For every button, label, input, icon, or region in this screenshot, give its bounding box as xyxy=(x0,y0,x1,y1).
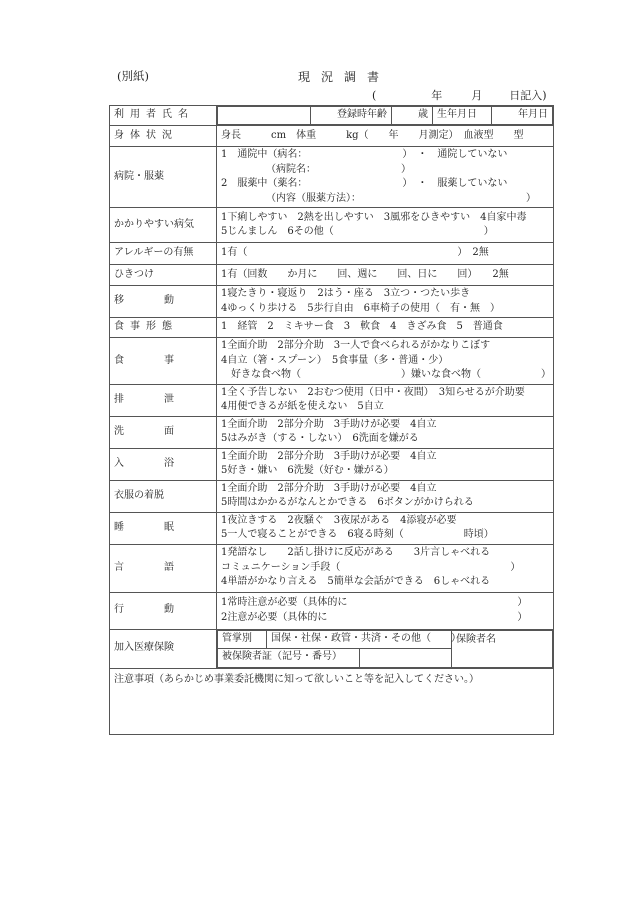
insurance-card-label: 被保険者証（記号・番号） xyxy=(218,648,360,667)
row-sleep: 睡 眠 1夜泣きする 2夜騒ぐ 3夜尿がある 4添寝が必要 5一人で寝ることがで… xyxy=(110,512,554,544)
birth-day: 日 xyxy=(538,108,548,123)
page-title: 現況調書 xyxy=(298,68,390,85)
hospital-line-2: （病院名： ） xyxy=(221,163,549,178)
insurance-type-options[interactable]: 国保・社保・政管・共済・その他（ ） xyxy=(267,630,452,648)
label-user-name: 利用者氏名 xyxy=(110,106,217,126)
row-physical: 身体状況 身長 cm 体重 kg（ 年 月測定） 血液型 型 xyxy=(110,126,554,147)
row-mobility: 移 動 1寝たきり・寝返り 2はう・座る 3立つ・つたい歩き 4ゆっくり歩ける … xyxy=(110,286,554,318)
birth-date-label: 生年月日 xyxy=(433,107,492,125)
hospital-line-3: 2 服薬中（薬名： ） ・ 服薬していない xyxy=(221,177,549,192)
label-mobility: 移 動 xyxy=(110,286,217,318)
behavior-line-2: 2注意が必要（具体的に ） xyxy=(221,611,549,626)
bathing-line-1: 1全面介助 2部分介助 3手助けが必要 4自立 xyxy=(221,450,549,465)
dressing-line-2: 5時間はかかるがなんとかできる 6ボタンがかけられる xyxy=(221,496,549,511)
behavior-field[interactable]: 1常時注意が必要（具体的に ） 2注意が必要（具体的に ） xyxy=(217,592,554,629)
attachment-label: (別紙) xyxy=(117,68,149,84)
illness-line-1: 1下痢しやすい 2熱を出しやすい 3風邪をひきやすい 4自家中毒 xyxy=(221,211,549,226)
hospital-field[interactable]: 1 通院中（病名： ） ・ 通院していない （病院名： ） 2 服薬中（薬名： … xyxy=(217,147,554,208)
row-seizure: ひきつけ 1有（回数 か月に 回、週に 回、日に 回） 2無 xyxy=(110,265,554,286)
language-line-1: 1発語なし 2話し掛けに反応がある 3片言しゃべれる xyxy=(221,546,549,561)
label-washing: 洗 面 xyxy=(110,416,217,448)
label-behavior: 行 動 xyxy=(110,592,217,629)
row-notes: 注意事項（あらかじめ事業委託機関に知って欲しいこと等を記入してください。） xyxy=(110,668,554,734)
label-excretion: 排 泄 xyxy=(110,384,217,416)
row-insurance: 加入医療保険 管掌別 国保・社保・政管・共済・その他（ ） 保険者名 被保険者証… xyxy=(110,629,554,668)
row-excretion: 排 泄 1全く予告しない 2おむつ使用（日中・夜間） 3知らせるが介助要 4用便… xyxy=(110,384,554,416)
illness-line-2: 5じんましん 6その他（ ） xyxy=(221,225,549,240)
row-bathing: 入 浴 1全面介助 2部分介助 3手助けが必要 4自立 5好き・嫌い 6洗髪（好… xyxy=(110,448,554,480)
reg-age-label: 登録時年齢 xyxy=(311,107,392,125)
meal-line-3: 好きな食べ物（ ）嫌いな食べ物（ ） xyxy=(221,368,549,383)
insurance-card-number-field[interactable] xyxy=(359,648,452,667)
washing-field[interactable]: 1全面介助 2部分介助 3手助けが必要 4自立 5はみがき（する・しない） 6洗… xyxy=(217,416,554,448)
label-insurance: 加入医療保険 xyxy=(110,629,217,668)
birth-year: 年 xyxy=(518,108,528,123)
hospital-line-1: 1 通院中（病名： ） ・ 通院していない xyxy=(221,148,549,163)
jurisdiction-label: 管掌別 xyxy=(218,630,267,648)
label-dressing: 衣服の着脱 xyxy=(110,480,217,512)
date-day-written-label: 日記入) xyxy=(509,87,546,103)
meal-form-field[interactable]: 1 経管 2 ミキサー食 3 軟食 4 きざみ食 5 普通食 xyxy=(217,318,554,338)
physical-field[interactable]: 身長 cm 体重 kg（ 年 月測定） 血液型 型 xyxy=(217,126,554,147)
illness-field[interactable]: 1下痢しやすい 2熱を出しやすい 3風邪をひきやすい 4自家中毒 5じんましん … xyxy=(217,208,554,243)
row-washing: 洗 面 1全面介助 2部分介助 3手助けが必要 4自立 5はみがき（する・しない… xyxy=(110,416,554,448)
seizure-field[interactable]: 1有（回数 か月に 回、週に 回、日に 回） 2無 xyxy=(217,265,554,286)
mobility-field[interactable]: 1寝たきり・寝返り 2はう・座る 3立つ・つたい歩き 4ゆっくり歩ける 5歩行自… xyxy=(217,286,554,318)
user-name-fields: 登録時年齢 歳 生年月日 年 月 日 xyxy=(217,106,553,125)
label-meal-form: 食事形態 xyxy=(110,318,217,338)
insurer-name-field[interactable]: 保険者名 xyxy=(452,630,553,667)
label-seizure: ひきつけ xyxy=(110,265,217,286)
mobility-line-2: 4ゆっくり歩ける 5歩行自由 6車椅子の使用（ 有・無 ） xyxy=(221,302,549,317)
mobility-line-1: 1寝たきり・寝返り 2はう・座る 3立つ・つたい歩き xyxy=(221,287,549,302)
birth-date-field[interactable]: 年 月 日 xyxy=(492,107,553,125)
hospital-line-4: （内容（服薬方法）： ） xyxy=(221,192,549,207)
row-meal-form: 食事形態 1 経管 2 ミキサー食 3 軟食 4 きざみ食 5 普通食 xyxy=(110,318,554,338)
allergy-field[interactable]: 1有（ ） 2無 xyxy=(217,243,554,265)
language-line-3: 4単語がかなり言える 5簡単な会話ができる 6しゃべれる xyxy=(221,575,549,590)
row-dressing: 衣服の着脱 1全面介助 2部分介助 3手助けが必要 4自立 5時間はかかるがなん… xyxy=(110,480,554,512)
excretion-field[interactable]: 1全く予告しない 2おむつ使用（日中・夜間） 3知らせるが介助要 4用便できるが… xyxy=(217,384,554,416)
date-year-label: 年 xyxy=(431,87,442,103)
label-allergy: アレルギーの有無 xyxy=(110,243,217,265)
row-meal: 食 事 1全面介助 2部分介助 3一人で食べられるがかなりこぼす 4自立（箸・ス… xyxy=(110,338,554,385)
label-hospital: 病院・服薬 xyxy=(110,147,217,208)
label-physical: 身体状況 xyxy=(110,126,217,147)
behavior-line-1: 1常時注意が必要（具体的に ） xyxy=(221,596,549,611)
row-language: 言 語 1発語なし 2話し掛けに反応がある 3片言しゃべれる コミュニケーション… xyxy=(110,544,554,592)
row-behavior: 行 動 1常時注意が必要（具体的に ） 2注意が必要（具体的に ） xyxy=(110,592,554,629)
label-bathing: 入 浴 xyxy=(110,448,217,480)
dressing-line-1: 1全面介助 2部分介助 3手助けが必要 4自立 xyxy=(221,482,549,497)
sleep-line-1: 1夜泣きする 2夜騒ぐ 3夜尿がある 4添寝が必要 xyxy=(221,514,549,529)
dressing-field[interactable]: 1全面介助 2部分介助 3手助けが必要 4自立 5時間はかかるがなんとかできる … xyxy=(217,480,554,512)
birth-month: 月 xyxy=(528,108,538,123)
washing-line-1: 1全面介助 2部分介助 3手助けが必要 4自立 xyxy=(221,418,549,433)
bathing-field[interactable]: 1全面介助 2部分介助 3手助けが必要 4自立 5好き・嫌い 6洗髪（好む・嫌が… xyxy=(217,448,554,480)
insurance-fields: 管掌別 国保・社保・政管・共済・その他（ ） 保険者名 被保険者証（記号・番号） xyxy=(217,630,553,668)
date-month-label: 月 xyxy=(471,87,482,103)
status-survey-table: 利用者氏名 登録時年齢 歳 生年月日 年 月 日 身体状況 身長 cm 体重 k… xyxy=(109,105,554,735)
age-unit-field[interactable]: 歳 xyxy=(392,107,433,125)
row-user-name: 利用者氏名 登録時年齢 歳 生年月日 年 月 日 xyxy=(110,106,554,126)
date-open-paren: ( xyxy=(372,89,376,102)
user-name-input[interactable] xyxy=(218,107,311,125)
sleep-line-2: 5一人で寝ることができる 6寝る時刻（ 時頃） xyxy=(221,528,549,543)
excretion-line-2: 4用便できるが紙を使えない 5自立 xyxy=(221,400,549,415)
excretion-line-1: 1全く予告しない 2おむつ使用（日中・夜間） 3知らせるが介助要 xyxy=(221,386,549,401)
label-illness: かかりやすい病気 xyxy=(110,208,217,243)
language-line-2: コミュニケーション手段（ ） xyxy=(221,561,549,576)
entry-date-line: ( 年 月 日記入) xyxy=(372,87,547,103)
row-illness: かかりやすい病気 1下痢しやすい 2熱を出しやすい 3風邪をひきやすい 4自家中… xyxy=(110,208,554,243)
bathing-line-2: 5好き・嫌い 6洗髪（好む・嫌がる） xyxy=(221,464,549,479)
washing-line-2: 5はみがき（する・しない） 6洗面を嫌がる xyxy=(221,432,549,447)
row-allergy: アレルギーの有無 1有（ ） 2無 xyxy=(110,243,554,265)
meal-field[interactable]: 1全面介助 2部分介助 3一人で食べられるがかなりこぼす 4自立（箸・スプーン）… xyxy=(217,338,554,385)
meal-line-1: 1全面介助 2部分介助 3一人で食べられるがかなりこぼす xyxy=(221,339,549,354)
label-meal: 食 事 xyxy=(110,338,217,385)
label-sleep: 睡 眠 xyxy=(110,512,217,544)
meal-line-2: 4自立（箸・スプーン） 5食事量（多・普通・少） xyxy=(221,354,549,369)
row-hospital: 病院・服薬 1 通院中（病名： ） ・ 通院していない （病院名： ） 2 服薬… xyxy=(110,147,554,208)
label-language: 言 語 xyxy=(110,544,217,592)
notes-field[interactable]: 注意事項（あらかじめ事業委託機関に知って欲しいこと等を記入してください。） xyxy=(110,668,554,734)
sleep-field[interactable]: 1夜泣きする 2夜騒ぐ 3夜尿がある 4添寝が必要 5一人で寝ることができる 6… xyxy=(217,512,554,544)
language-field[interactable]: 1発語なし 2話し掛けに反応がある 3片言しゃべれる コミュニケーション手段（ … xyxy=(217,544,554,592)
